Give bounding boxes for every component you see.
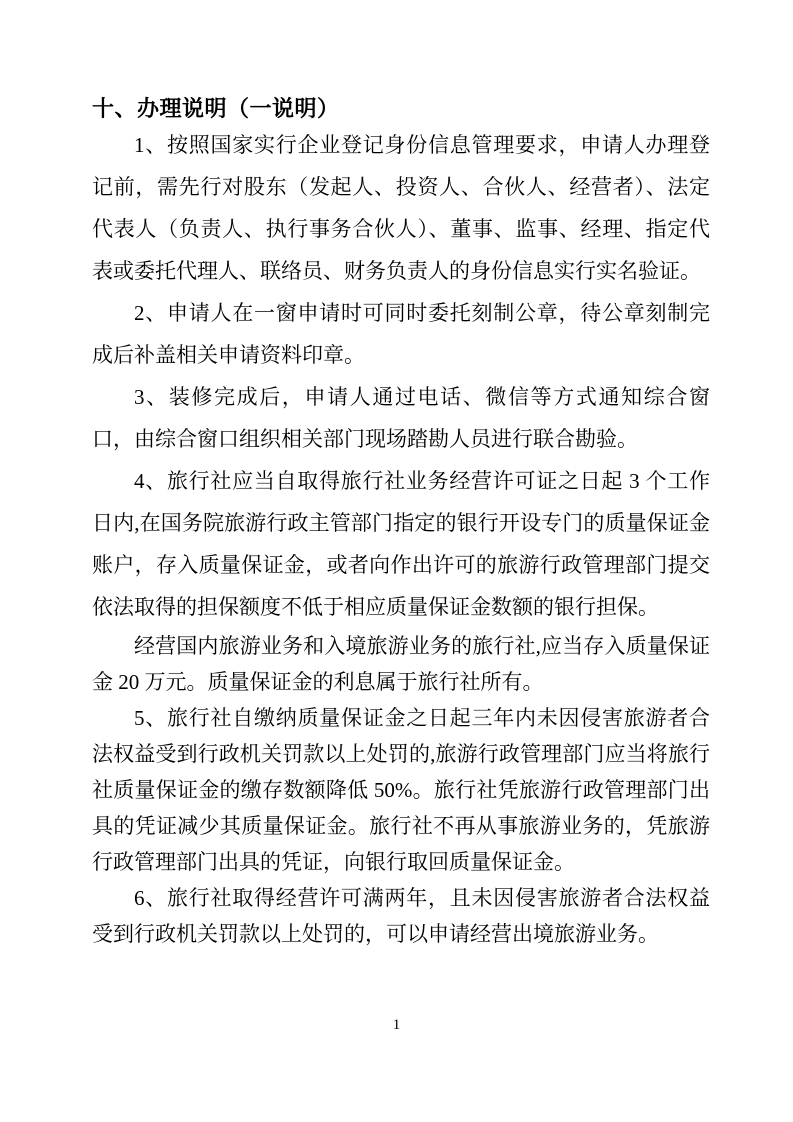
section-heading: 十、办理说明（一说明） [92, 94, 710, 124]
page-number: 1 [0, 1017, 793, 1034]
paragraph: 5、旅行社自缴纳质量保证金之日起三年内未因侵害旅游者合法权益受到行政机关罚款以上… [92, 700, 710, 880]
page-content: 十、办理说明（一说明） 1、按照国家实行企业登记身份信息管理要求，申请人办理登记… [92, 94, 710, 952]
paragraph: 4、旅行社应当自取得旅行社业务经营许可证之日起 3 个工作日内,在国务院旅游行政… [92, 460, 710, 628]
paragraph: 经营国内旅游业务和入境旅游业务的旅行社,应当存入质量保证金 20 万元。质量保证… [92, 628, 710, 700]
paragraph-list: 1、按照国家实行企业登记身份信息管理要求，申请人办理登记前，需先行对股东（发起人… [92, 124, 710, 952]
paragraph: 2、申请人在一窗申请时可同时委托刻制公章，待公章刻制完成后补盖相关申请资料印章。 [92, 292, 710, 376]
paragraph: 1、按照国家实行企业登记身份信息管理要求，申请人办理登记前，需先行对股东（发起人… [92, 124, 710, 292]
paragraph: 6、旅行社取得经营许可满两年，且未因侵害旅游者合法权益受到行政机关罚款以上处罚的… [92, 880, 710, 952]
paragraph: 3、装修完成后，申请人通过电话、微信等方式通知综合窗口，由综合窗口组织相关部门现… [92, 376, 710, 460]
document-page: 十、办理说明（一说明） 1、按照国家实行企业登记身份信息管理要求，申请人办理登记… [0, 0, 793, 1122]
